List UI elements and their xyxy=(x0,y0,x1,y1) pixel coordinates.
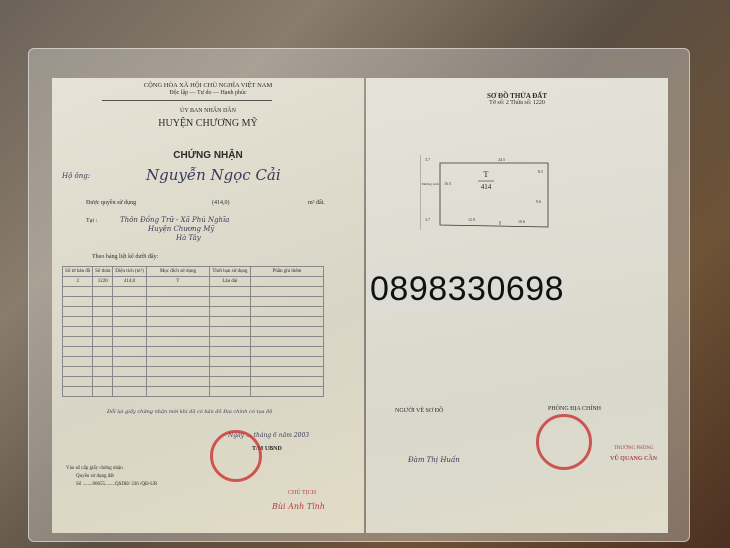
office-name: VŨ QUANG CẦN xyxy=(610,456,657,462)
usage-area: (414,0) xyxy=(212,200,230,206)
sheet-line: Tờ số: 2 Thửa số: 1220 xyxy=(366,100,668,106)
plot-title: SƠ ĐỒ THỬA ĐẤT xyxy=(366,92,668,100)
signer-title: CHỦ TỊCH xyxy=(288,490,316,496)
plot-land-type: T xyxy=(484,170,489,179)
plot-area: 414 xyxy=(481,183,492,191)
office-label: PHÒNG ĐỊA CHÍNH xyxy=(548,406,601,412)
authority: ỦY BAN NHÂN DÂN xyxy=(52,108,364,114)
drawer-label-text: NGƯỜI VẼ SƠ ĐỒ xyxy=(395,408,443,414)
signer-name: Bùi Anh Tĩnh xyxy=(272,502,325,511)
col-header: Mục đích sử dụng xyxy=(146,267,209,277)
usage-unit: m² đất. xyxy=(308,200,325,206)
location-line-2: Huyện Chương Mỹ xyxy=(148,225,214,233)
svg-text:9.6: 9.6 xyxy=(536,199,541,204)
col-header: Số thửa xyxy=(93,267,113,277)
register-sub: Quyền sử dụng đất xyxy=(76,474,114,479)
col-header: Số tờ bản đồ xyxy=(63,267,93,277)
drawer-name: Đàm Thị Huấn xyxy=(408,456,460,464)
red-seal-office xyxy=(536,414,592,470)
owner-label: Hộ ông: xyxy=(62,172,90,180)
red-seal xyxy=(210,430,262,482)
motto: Độc lập — Tự do — Hạnh phúc xyxy=(52,90,364,96)
certificate-left-page: CỘNG HÒA XÃ HỘI CHỦ NGHĨA VIỆT NAM Độc l… xyxy=(52,78,364,533)
plot-diagram: T 414 24.5 16.5 8.5 9.6 12.9 10.6 3.7 3.… xyxy=(420,155,550,230)
owner-name: Nguyễn Ngọc Cải xyxy=(146,166,281,184)
svg-text:12.9: 12.9 xyxy=(468,217,475,222)
national-header: CỘNG HÒA XÃ HỘI CHỦ NGHĨA VIỆT NAM xyxy=(52,82,364,89)
col-header: Phần ghi thêm xyxy=(251,267,324,277)
col-header: Thời hạn sử dụng xyxy=(209,267,250,277)
svg-text:3.7: 3.7 xyxy=(425,157,430,162)
land-table: Số tờ bản đồ Số thửa Diện tích (m²) Mục … xyxy=(62,266,324,397)
col-header: Diện tích (m²) xyxy=(113,267,147,277)
svg-text:3.7: 3.7 xyxy=(425,217,430,222)
register-label: Vào sổ cấp giấy chứng nhận xyxy=(66,466,123,471)
register-number: Số ........00655........QSDĐ/ 336 /QĐ-UB xyxy=(76,482,157,487)
district: HUYỆN CHƯƠNG MỸ xyxy=(52,118,364,129)
footnote: Đổi lại giấy chứng nhận mới khi đã có bả… xyxy=(107,409,272,415)
svg-text:16.5: 16.5 xyxy=(444,181,451,186)
overlay-phone-number: 0898330698 xyxy=(370,270,564,309)
location-line-3: Hà Tây xyxy=(176,234,201,242)
location-line-1: Thôn Đồng Trữ - Xã Phú Nghĩa xyxy=(120,216,229,224)
svg-text:Đường xóm: Đường xóm xyxy=(422,182,439,186)
svg-text:10.6: 10.6 xyxy=(518,219,525,224)
svg-text:24.5: 24.5 xyxy=(498,157,505,162)
certificate-title: CHỨNG NHẬN xyxy=(52,150,364,161)
usage-label: Được quyền sử dụng xyxy=(86,200,136,206)
office-title: TRƯỞNG PHÒNG xyxy=(614,446,654,451)
list-intro: Theo bảng liệt kê dưới đây: xyxy=(92,254,158,260)
location-label: Tại : xyxy=(86,218,97,224)
svg-text:8.5: 8.5 xyxy=(538,169,543,174)
table-row: 2 1220 414,0 T Lâu dài xyxy=(63,277,324,287)
